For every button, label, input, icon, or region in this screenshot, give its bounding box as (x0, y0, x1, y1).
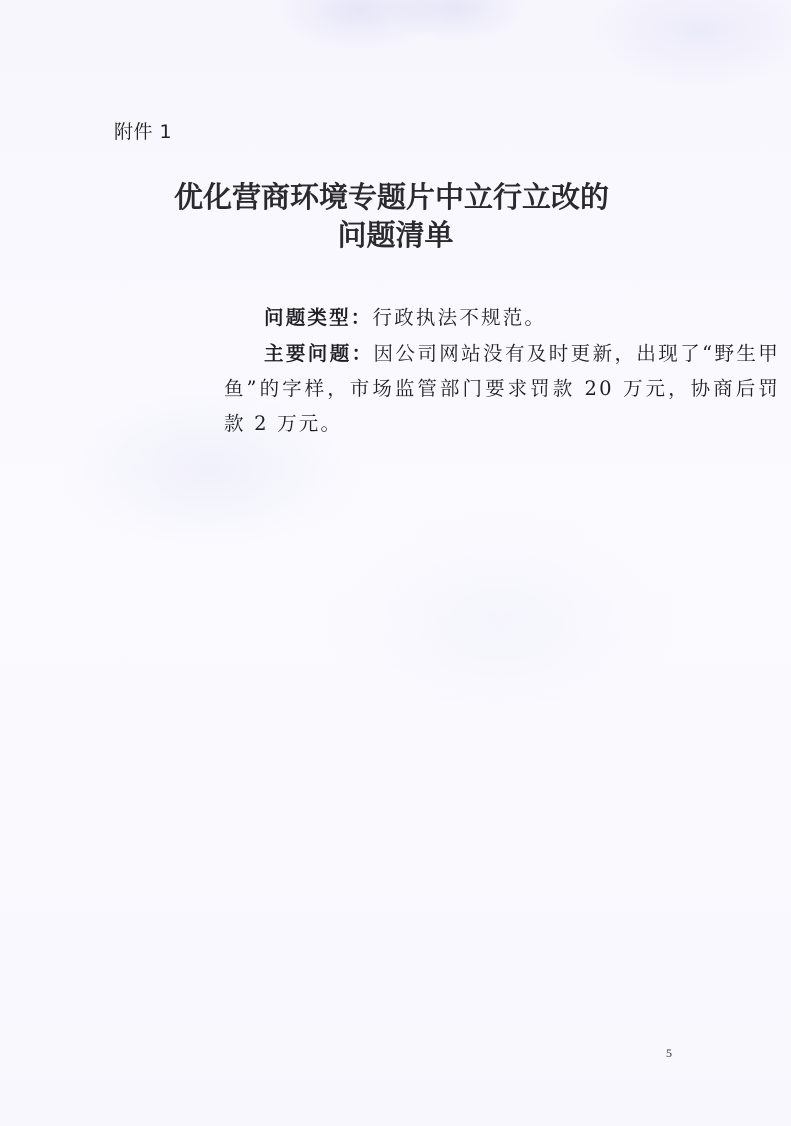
problem-type-label: 问题类型： (264, 306, 373, 329)
document-title-line-1: 优化营商环境专题片中立行立改的 (0, 178, 787, 216)
attachment-label: 附件 1 (114, 117, 172, 144)
page-number: 5 (666, 1046, 672, 1061)
problem-type-text: 行政执法不规范。 (373, 306, 547, 329)
scanned-page: 附件 1 优化营商环境专题片中立行立改的 问题清单 问题类型：行政执法不规范。 … (0, 0, 791, 1126)
main-problem-label: 主要问题： (264, 342, 374, 365)
document-title-line-2: 问题清单 (0, 216, 791, 254)
paragraph-problem-type: 问题类型：行政执法不规范。 (224, 300, 780, 335)
paragraph-main-problem: 主要问题：因公司网站没有及时更新，出现了“野生甲鱼”的字样，市场监管部门要求罚款… (224, 336, 780, 441)
